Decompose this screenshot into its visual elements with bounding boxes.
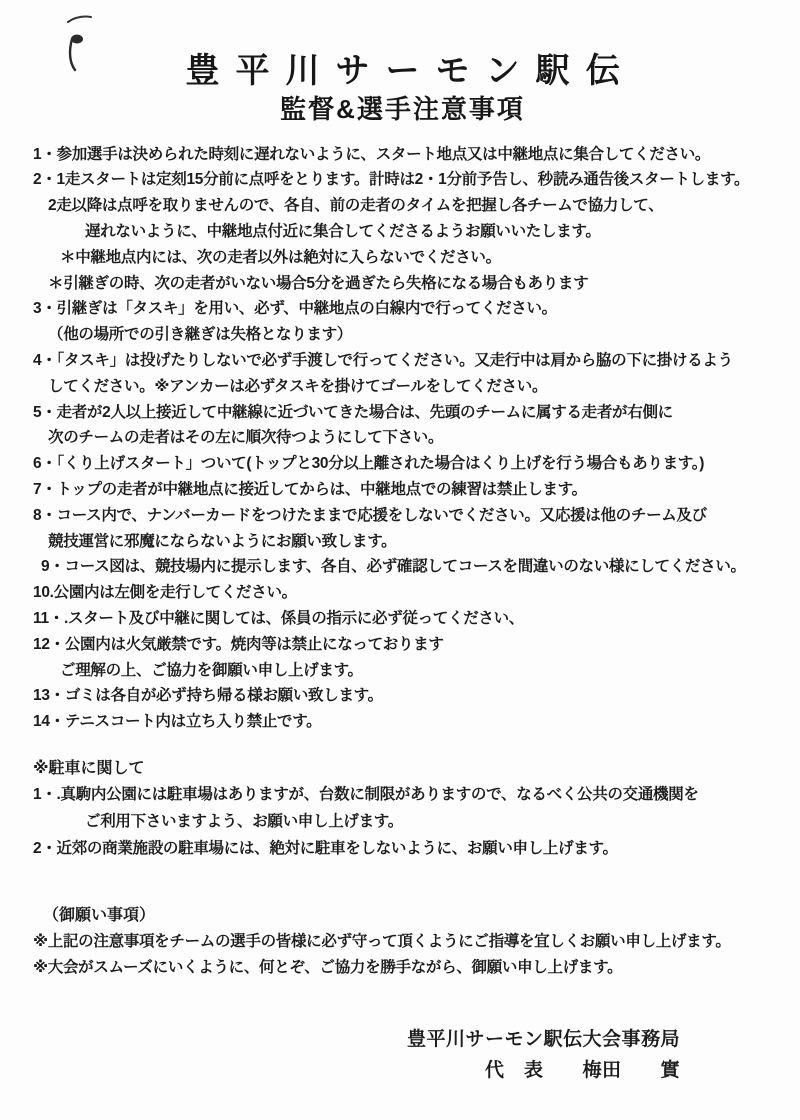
text-line: 7・トップの走者が中継地点に接近してからは、中継地点での練習は禁止します。 xyxy=(33,477,772,503)
text-line: ＊引継ぎの時、次の走者がいない場合5分を過ぎたら失格になる場合もあります xyxy=(33,271,772,297)
text-line: 4・「タスキ」は投げたりしないで必ず手渡しで行ってください。又走行中は肩から脇の… xyxy=(33,348,772,374)
requests-heading: （御願い事項） xyxy=(33,902,772,929)
text-line: 13・ゴミは各自が必ず持ち帰る様お願い致します。 xyxy=(33,683,772,709)
text-line: 10.公園内は左側を走行してください。 xyxy=(33,580,772,606)
text-line: 14・テニスコート内は立ち入り禁止です。 xyxy=(33,709,772,735)
text-line: 9・コース図は、競技場内に提示します、各自、必ず確認してコースを間違いのない様に… xyxy=(33,554,772,580)
signature-representative: 代 表 梅田 實 xyxy=(33,1055,680,1086)
text-line: 12・公園内は火気厳禁です。焼肉等は禁止になっております xyxy=(33,632,772,658)
text-line: ＊中継地点内には、次の走者以外は絶対に入らないでください。 xyxy=(33,245,772,271)
text-line: ご理解の上、ご協力を御願い申し上げます。 xyxy=(33,658,772,684)
parking-list: 1・.真駒内公園には駐車場はありますが、台数に制限がありますので、なるべく公共の… xyxy=(33,782,772,862)
text-line: ご利用下さいますよう、お願い申し上げます。 xyxy=(33,809,772,836)
text-line: ※上記の注意事項をチームの選手の皆様に必ず守って頂くようにご指導を宜しくお願い申… xyxy=(33,929,772,955)
signature-block: 豊平川サーモン駅伝大会事務局 代 表 梅田 實 xyxy=(33,1024,772,1086)
document-title: 豊平川サーモン駅伝 xyxy=(33,52,772,91)
notice-list: 1・参加選手は決められた時刻に遅れないように、スタート地点又は中継地点に集合して… xyxy=(33,142,772,735)
text-line: 遅れないように、中継地点付近に集合してくださるようお願いいたします。 xyxy=(33,219,772,245)
requests-section: （御願い事項） ※上記の注意事項をチームの選手の皆様に必ず守って頂くようにご指導… xyxy=(33,902,772,980)
requests-list: ※上記の注意事項をチームの選手の皆様に必ず守って頂くようにご指導を宜しくお願い申… xyxy=(33,929,772,980)
document-subtitle: 監督&選手注意事項 xyxy=(33,95,772,124)
signature-org: 豊平川サーモン駅伝大会事務局 xyxy=(33,1024,680,1055)
text-line: 競技運営に邪魔にならないようにお願い致します。 xyxy=(33,529,772,555)
text-line: 次のチームの走者はその左に順次待つようにして下さい。 xyxy=(33,425,772,451)
text-line: 6・「くり上げスタート」ついて(トップと30分以上離された場合はくり上げを行う場… xyxy=(33,451,772,477)
text-line: 2走以降は点呼を取りませんので、各自、前の走者のタイムを把握し各チームで協力して… xyxy=(33,193,772,219)
staple-mark xyxy=(60,12,100,78)
document-page: 豊平川サーモン駅伝 監督&選手注意事項 1・参加選手は決められた時刻に遅れないよ… xyxy=(0,0,800,1120)
text-line: 2・1走スタートは定刻15分前に点呼をとります。計時は2・1分前予告し、秒読み通… xyxy=(33,167,772,193)
text-line: 2・近郊の商業施設の駐車場には、絶対に駐車をしないように、お願い申し上げます。 xyxy=(33,836,772,863)
parking-section: ※駐車に関して 1・.真駒内公園には駐車場はありますが、台数に制限がありますので… xyxy=(33,755,772,862)
parking-heading: ※駐車に関して xyxy=(33,755,772,782)
text-line: ※大会がスムーズにいくように、何とぞ、ご協力を勝手ながら、御願い申し上げます。 xyxy=(33,955,772,981)
text-line: 3・引継ぎは「タスキ」を用い、必ず、中継地点の白線内で行ってください。 xyxy=(33,296,772,322)
text-line: 1・参加選手は決められた時刻に遅れないように、スタート地点又は中継地点に集合して… xyxy=(33,142,772,168)
text-line: （他の場所での引き継ぎは失格となります） xyxy=(33,322,772,348)
text-line: 11・.スタート及び中継に関しては、係員の指示に必ず従ってください、 xyxy=(33,606,772,632)
text-line: 1・.真駒内公園には駐車場はありますが、台数に制限がありますので、なるべく公共の… xyxy=(33,782,772,809)
text-line: 5・走者が2人以上接近して中継線に近づいてきた場合は、先頭のチームに属する走者が… xyxy=(33,400,772,426)
text-line: してください。※アンカーは必ずタスキを掛けてゴールをしてください。 xyxy=(33,374,772,400)
text-line: 8・コース内で、ナンバーカードをつけたままで応援をしないでください。又応援は他の… xyxy=(33,503,772,529)
